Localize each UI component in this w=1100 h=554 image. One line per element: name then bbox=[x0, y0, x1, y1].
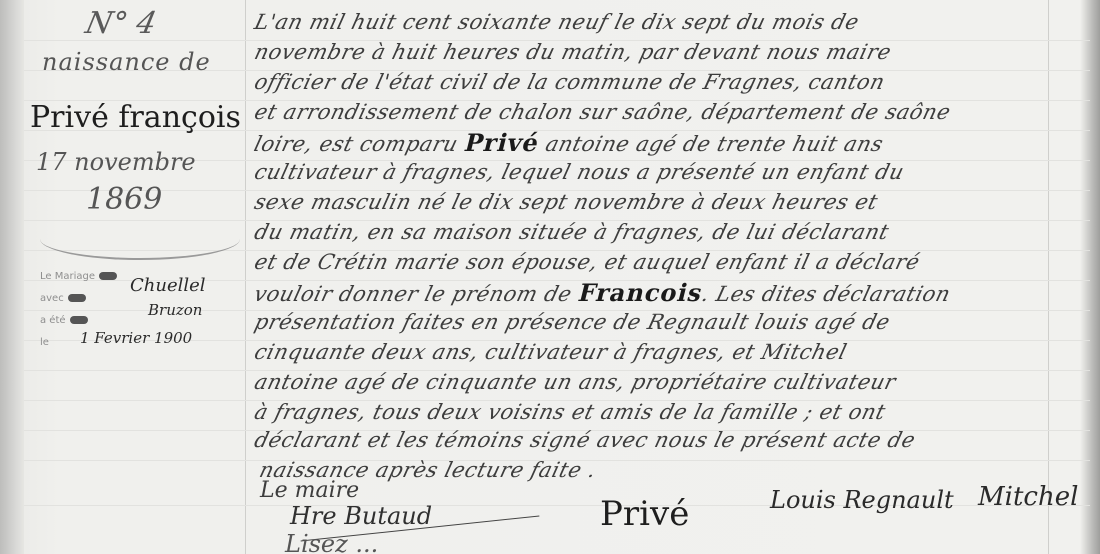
stamp-text: le bbox=[40, 337, 49, 348]
redaction-blot bbox=[70, 316, 88, 324]
body-text: vouloir donner le prénom de bbox=[252, 282, 575, 306]
witness2-signature: Mitchel bbox=[978, 482, 1078, 512]
stamp-text: Le Mariage bbox=[40, 271, 95, 282]
body-line: cultivateur à fragnes, lequel nous a pré… bbox=[252, 160, 907, 184]
margin-rule bbox=[245, 0, 246, 554]
annotation-spouse: Chuellel bbox=[130, 275, 206, 296]
body-line: novembre à huit heures du matin, par dev… bbox=[252, 40, 894, 64]
marriage-annotation: Le Mariage avec a été le Chuellel Bruzon… bbox=[20, 265, 220, 395]
annotation-date: 1 Fevrier 1900 bbox=[80, 329, 192, 347]
redaction-blot bbox=[99, 272, 117, 280]
right-rule bbox=[1048, 0, 1049, 554]
declaration-text: . Les dites déclaration bbox=[699, 282, 953, 306]
flourish-decoration bbox=[40, 218, 240, 260]
entry-type: naissance de bbox=[42, 48, 211, 76]
body-line: déclarant et les témoins signé avec nous… bbox=[252, 428, 918, 452]
body-line: vouloir donner le prénom de Francois. Le… bbox=[251, 278, 954, 307]
entry-number: N° 4 bbox=[82, 6, 159, 41]
body-line: cinquante deux ans, cultivateur à fragne… bbox=[252, 340, 849, 364]
body-line: loire, est comparu Privé antoine agé de … bbox=[251, 128, 886, 157]
body-line: du matin, en sa maison située à fragnes,… bbox=[252, 220, 892, 244]
entry-year: 1869 bbox=[86, 182, 162, 217]
maire-signature: Hre Butaud bbox=[290, 502, 432, 530]
entry-date: 17 novembre bbox=[36, 148, 196, 176]
body-line: et de Crétin marie son épouse, et auquel… bbox=[252, 250, 922, 274]
body-line: antoine agé de cinquante un ans, proprié… bbox=[252, 370, 899, 394]
body-text: présentation faites en présence de bbox=[252, 310, 644, 334]
child-name: Francois bbox=[576, 278, 707, 307]
witness1-name: Regnault louis agé de bbox=[645, 310, 893, 334]
father-surname: Privé bbox=[462, 128, 543, 157]
body-line: présentation faites en présence de Regna… bbox=[252, 310, 893, 334]
redaction-blot bbox=[68, 294, 86, 302]
stamp-text: avec bbox=[40, 293, 64, 304]
body-line: sexe masculin né le dix sept novembre à … bbox=[252, 190, 880, 214]
stamp-text: a été bbox=[40, 315, 66, 326]
witness1-signature: Louis Regnault bbox=[770, 486, 954, 514]
father-details: antoine agé de trente huit ans bbox=[543, 132, 886, 156]
register-page: N° 4 naissance de Privé françois 17 nove… bbox=[0, 0, 1100, 554]
body-text: loire, est comparu bbox=[252, 132, 461, 156]
father-signature: Privé bbox=[600, 494, 689, 534]
body-line: et arrondissement de chalon sur saône, d… bbox=[252, 100, 953, 124]
subject-name: Privé françois bbox=[30, 100, 241, 135]
body-line: L'an mil huit cent soixante neuf le dix … bbox=[252, 10, 862, 34]
maire-label: Le maire bbox=[260, 478, 359, 503]
bottom-partial-text: Lisez ... bbox=[285, 530, 378, 554]
annotation-place: Bruzon bbox=[148, 301, 202, 319]
body-line: officier de l'état civil de la commune d… bbox=[252, 70, 887, 94]
body-line: à fragnes, tous deux voisins et amis de … bbox=[252, 400, 888, 424]
